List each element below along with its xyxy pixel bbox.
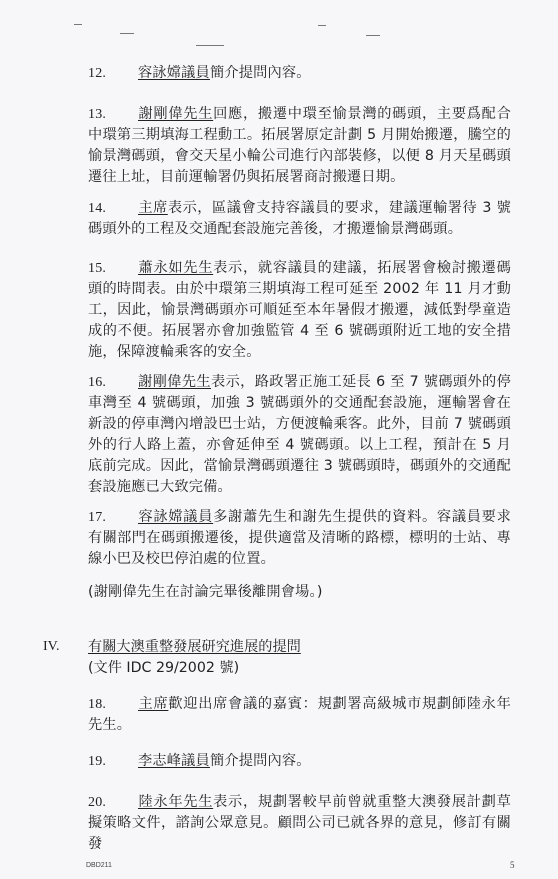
speaker-name: 蕭永如先生 [138,260,213,276]
footer-page-number: 5 [510,860,515,870]
paragraph-18: 18.主席歡迎出席會議的嘉賓：規劃署高級城市規劃師陸永年先生。 [88,694,511,736]
paragraph-text: 表示，路政署正施工延長 6 至 7 號碼頭外的停車灣至 4 號碼頭，加強 3 號… [88,374,511,495]
paragraph-text: 簡介提問內容。 [210,753,311,769]
speaker-name: 容詠嫦議員 [138,65,210,81]
speaker-name: 主席 [138,696,168,712]
paragraph-14: 14.主席表示，區議會支持容議員的要求，建議運輸署待 3 號碼頭外的工程及交通配… [88,198,511,240]
paragraph-number: 18. [88,694,138,715]
paragraph-number: 20. [88,792,138,813]
paragraph-number: 12. [88,63,138,84]
paragraph-number: 15. [88,258,138,279]
paragraph-19: 19.李志峰議員簡介提問內容。 [88,751,511,772]
paragraph-15: 15.蕭永如先生表示，就容議員的建議，拓展署會檢討搬遷碼頭的時間表。由於中環第三… [88,258,511,363]
document-page: 12.容詠嫦議員簡介提問內容。 13.謝剛偉先生回應，搬遷中環至愉景灣的碼頭，主… [0,0,558,879]
speaker-name: 主席 [138,200,168,216]
speaker-name: 陸永年先生 [138,794,213,810]
scan-mark [196,45,224,46]
speaker-name: 容詠嫦議員 [138,509,213,525]
paragraph-number: 16. [88,372,138,393]
section-title: 有關大澳重整發展研究進展的提問 [88,637,301,658]
speaker-name: 李志峰議員 [138,753,210,769]
scan-mark [366,35,380,36]
speaker-name: 謝剛偉先生 [138,374,211,390]
paragraph-text: 簡介提問內容。 [210,65,311,81]
scan-mark [120,33,134,34]
paragraph-13: 13.謝剛偉先生回應，搬遷中環至愉景灣的碼頭，主要爲配合中環第三期填海工程動工。… [88,104,511,188]
departure-note: (謝剛偉先生在討論完畢後離開會場。) [88,582,511,603]
footer-document-code: DBD211 [86,862,112,869]
scan-mark [318,25,326,26]
paragraph-number: 13. [88,104,138,125]
paragraph-number: 14. [88,198,138,219]
paragraph-12: 12.容詠嫦議員簡介提問內容。 [88,63,511,84]
paragraph-number: 19. [88,751,138,772]
section-doc-ref: (文件 IDC 29/2002 號) [88,658,301,679]
section-number: IV. [43,639,59,655]
section-heading: 有關大澳重整發展研究進展的提問 (文件 IDC 29/2002 號) [88,637,301,679]
paragraph-number: 17. [88,507,138,528]
paragraph-16: 16.謝剛偉先生表示，路政署正施工延長 6 至 7 號碼頭外的停車灣至 4 號碼… [88,372,511,498]
paragraph-17: 17.容詠嫦議員多謝蕭先生和謝先生提供的資料。容議員要求有關部門在碼頭搬遷後，提… [88,507,511,570]
speaker-name: 謝剛偉先生 [138,106,213,122]
paragraph-20: 20.陸永年先生表示，規劃署較早前曾就重整大澳發展計劃草擬策略文件，諮詢公眾意見… [88,792,511,855]
scan-mark [74,24,82,25]
